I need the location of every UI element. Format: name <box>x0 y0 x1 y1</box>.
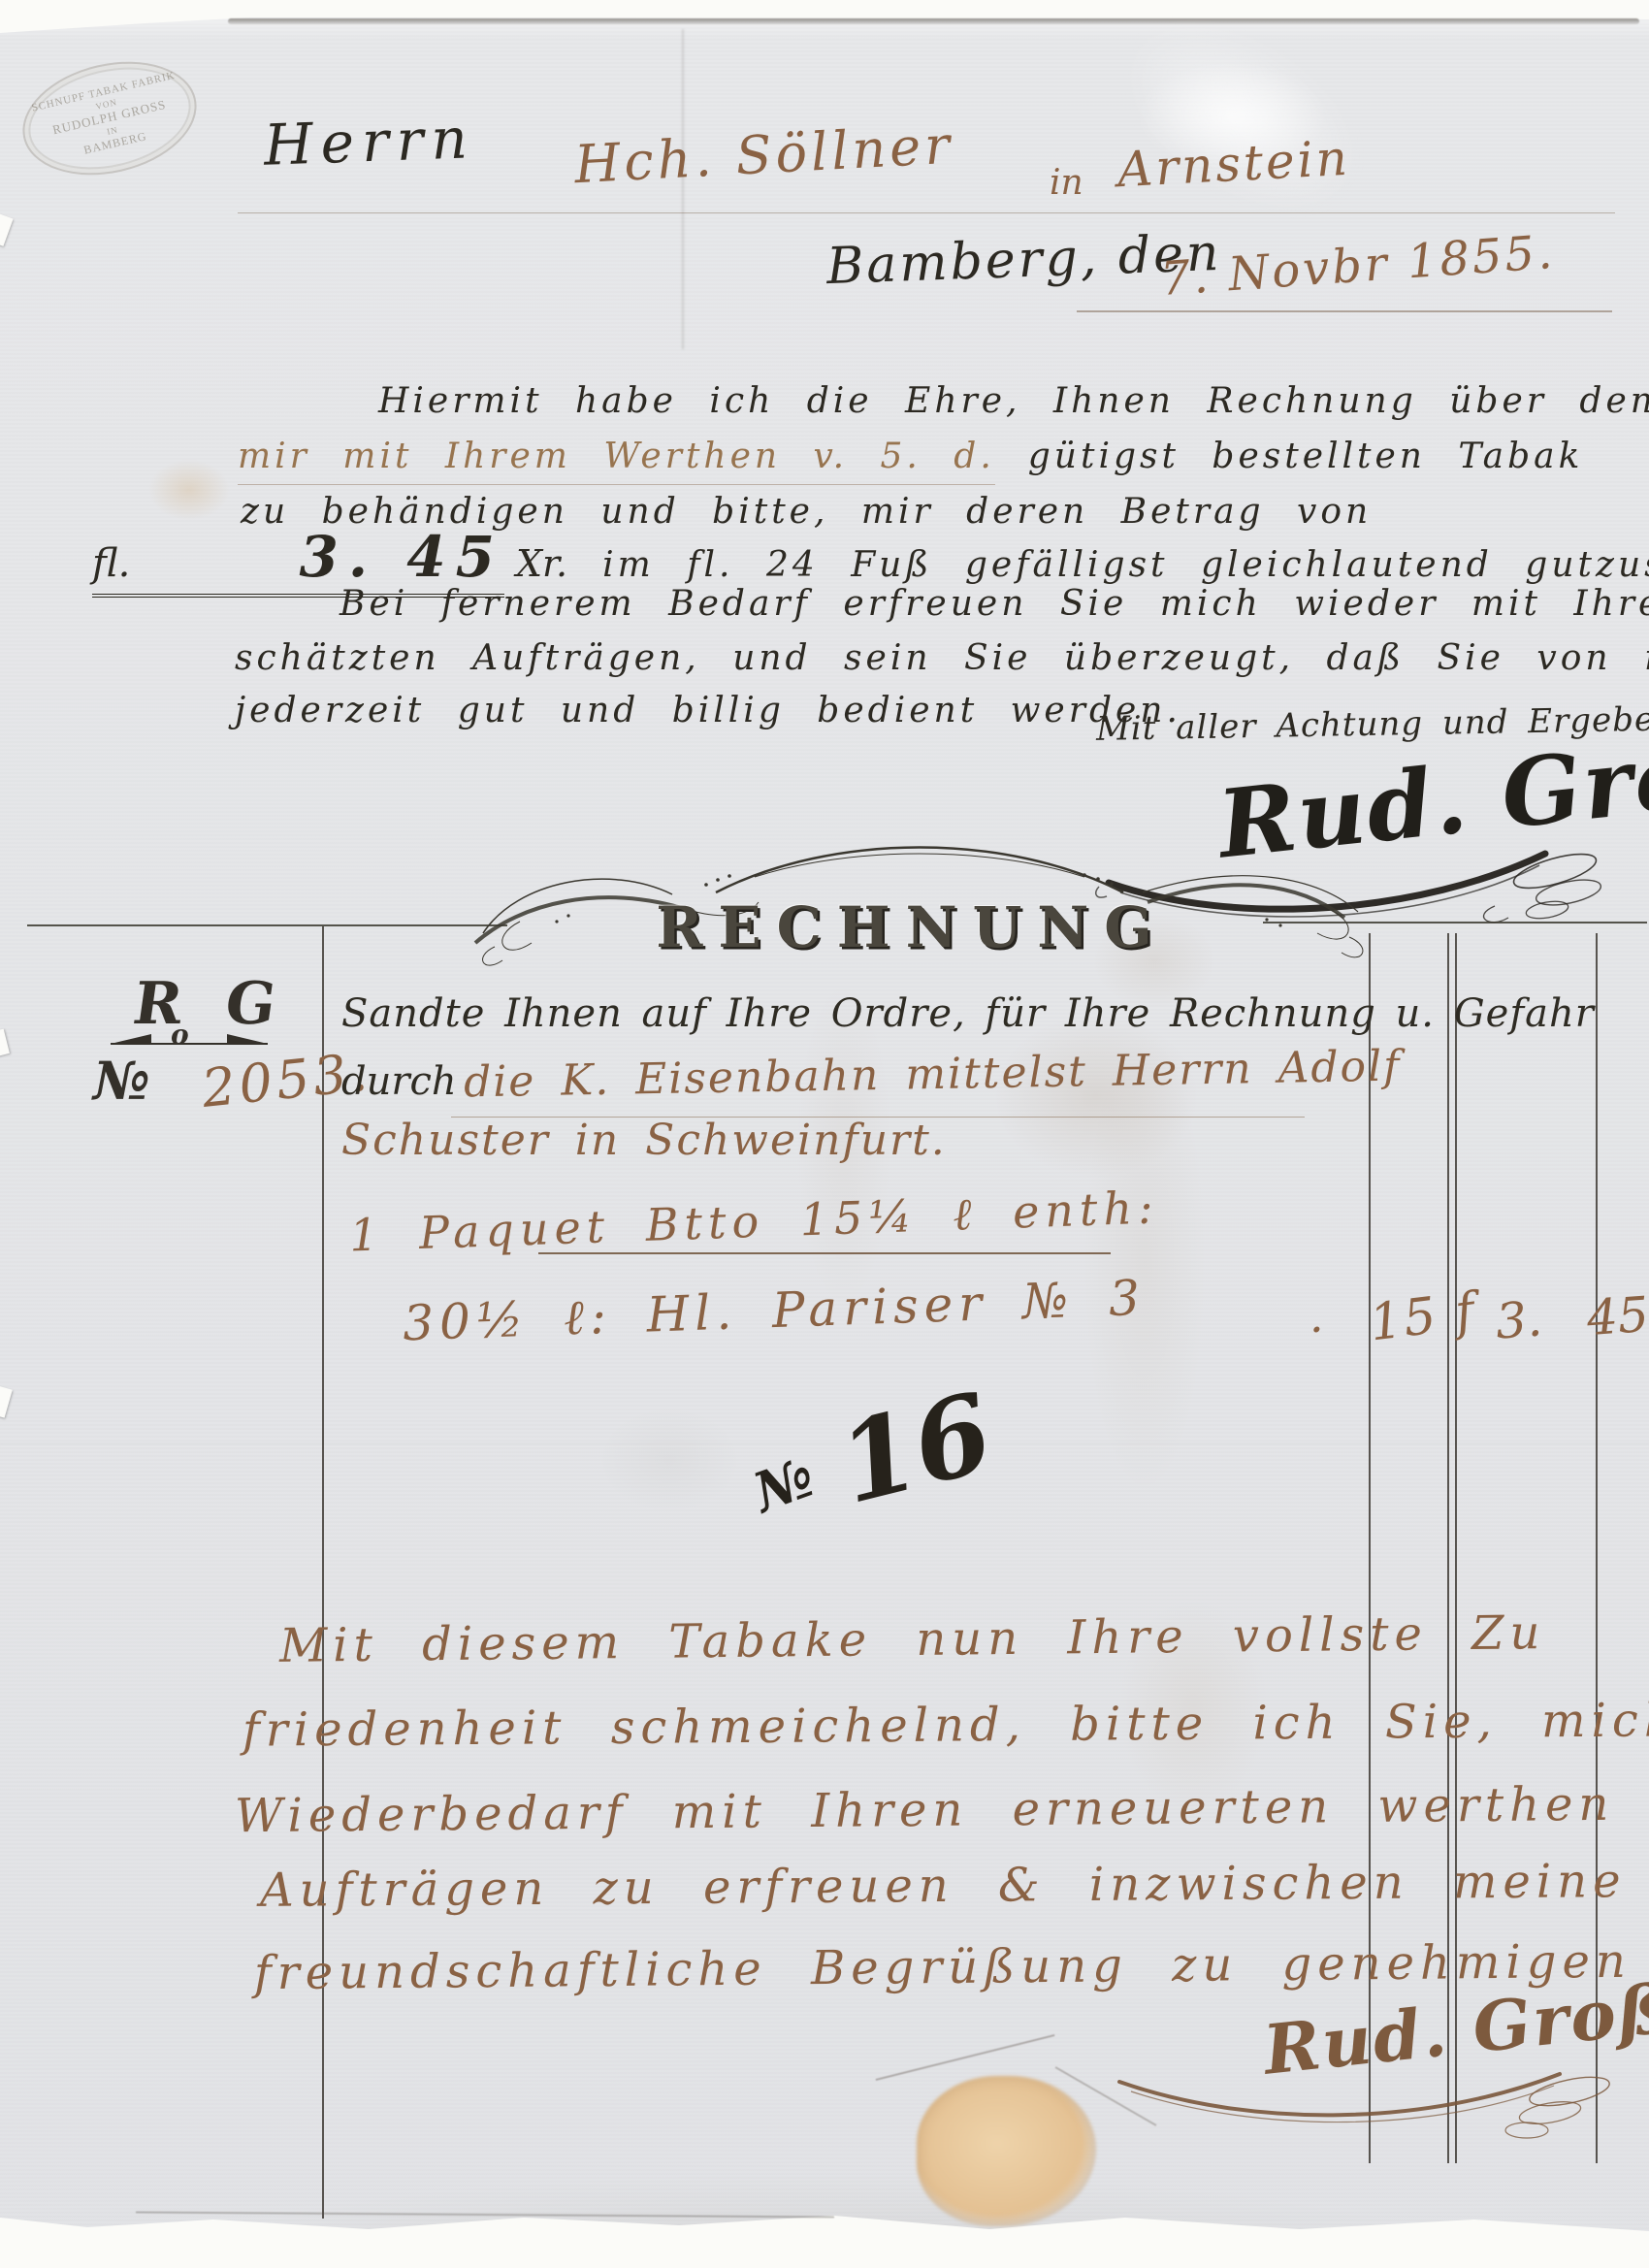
unit-xr: Xr. <box>516 542 567 585</box>
letter-line-7: jederzeit gut und billig bedient werden. <box>235 691 1181 730</box>
amount-dot: . <box>1309 1290 1324 1343</box>
letter-line-2-handwritten: mir mit Ihrem Werthen v. 5. d. <box>238 437 995 485</box>
section-rule-left <box>27 924 507 926</box>
letter-line-5: Bei fernerem Bedarf erfreuen Sie mich wi… <box>339 584 1649 624</box>
invoice-number-label: № <box>93 1050 150 1112</box>
header-rule <box>238 212 1615 213</box>
ref-small-o: o <box>171 1019 189 1051</box>
invoice-printed-durch: durch <box>341 1059 457 1104</box>
left-column-rule <box>322 926 324 2219</box>
recipient-in-word: in <box>1050 163 1083 203</box>
letter-line-4-rest: im fl. 24 Fuß gefälligst gleichlautend g… <box>602 545 1649 585</box>
amount-value: 3. 45 <box>300 524 504 590</box>
signature-2-flourish <box>1106 2035 1649 2152</box>
letter-line-6: schätzten Aufträgen, und sein Sie überze… <box>235 638 1649 678</box>
closing-paragraph-line-2: friedenheit schmeichelnd, bitte ich Sie,… <box>242 1692 1649 1757</box>
currency-fl: fl. <box>92 541 130 586</box>
scanned-invoice-document: SCHNUPF TABAK FABRIK VON RUDOLPH GROSS I… <box>0 0 1649 2268</box>
amount-gulden: 3. <box>1494 1290 1544 1349</box>
rechnung-title: RECHNUNG <box>640 894 1183 960</box>
letter-line-2-rest: gütigst bestellten Tabak <box>1028 437 1584 476</box>
scan-top-edge <box>228 18 1639 24</box>
salutation-script: Herrn <box>263 105 476 178</box>
shipping-line-2: Schuster in Schweinfurt. <box>341 1116 947 1165</box>
invoice-printed-line-1: Sandte Ihnen auf Ihre Ordre, für Ihre Re… <box>341 991 1595 1036</box>
fold-crease-horizontal <box>0 1443 1649 1446</box>
closing-paragraph-line-4: Aufträgen zu erfreuen & inzwischen meine <box>260 1854 1627 1918</box>
package-underline <box>538 1252 1111 1254</box>
letter-line-2: mir mit Ihrem Werthen v. 5. d.gütigst be… <box>238 437 1583 476</box>
letter-line-1: Hiermit habe ich die Ehre, Ihnen Rechnun… <box>378 381 1649 421</box>
amount-kreuzer: 45 <box>1585 1286 1649 1346</box>
dateline-underline <box>1077 310 1612 312</box>
